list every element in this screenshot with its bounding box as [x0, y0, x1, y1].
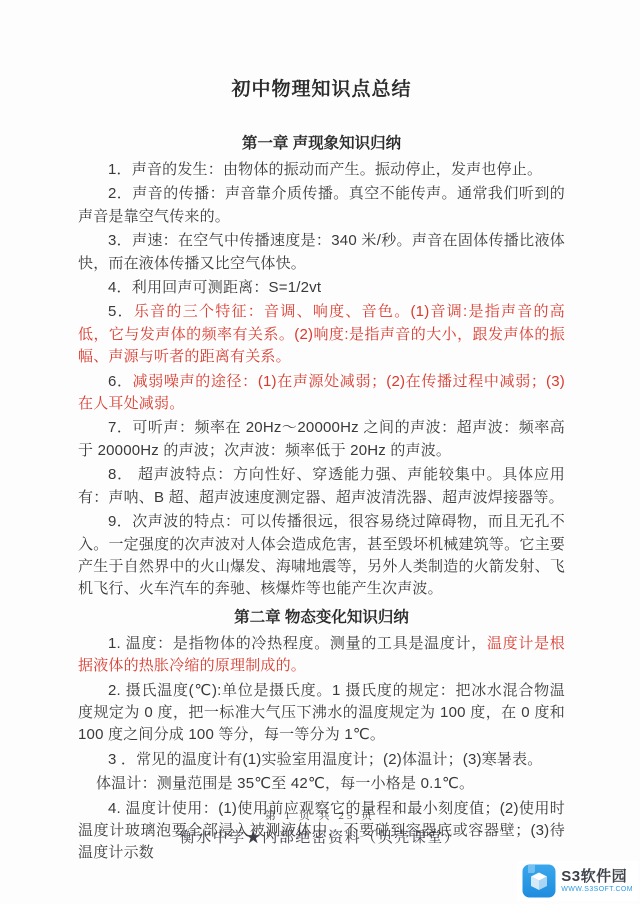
body-text: 3 ．常见的温度计有(1)实验室用温度计；(2)体温计；(3)寒暑表。 [108, 751, 543, 768]
body-text: 8． 超声波特点：方向性好、穿透能力强、声能较集中。具体应用有：声呐、B 超、超… [78, 466, 565, 505]
paragraph: 6．减弱噪声的途径：(1)在声源处减弱；(2)在传播过程中减弱；(3)在人耳处减… [78, 371, 565, 416]
paragraph: 5．乐音的三个特征：音调、响度、音色。(1)音调:是指声音的高低，它与发声体的频… [78, 301, 565, 368]
document-title: 初中物理知识点总结 [78, 74, 565, 101]
body-text: 9．次声波的特点：可以传播很远，很容易绕过障碍物，而且无孔不入。一定强度的次声波… [78, 513, 565, 597]
paragraph: 体温计：测量范围是 35℃至 42℃，每一小格是 0.1℃。 [78, 773, 565, 795]
highlighted-text: 减弱噪声的途径：(1)在声源处减弱；(2)在传播过程中减弱；(3)在人耳处减弱。 [78, 373, 565, 412]
body-text: 1．声音的发生：由物体的振动而产生。振动停止，发声也停止。 [108, 161, 542, 178]
paragraph: 7．可听声：频率在 20Hz～20000Hz 之间的声波：超声波：频率高于 20… [78, 417, 565, 462]
body-text: 4．利用回声可测距离：S=1/2vt [108, 279, 321, 296]
highlighted-text: 乐音的三个特征：音调、响度、音色。(1)音调:是指声音的高低，它与发声体的频率有… [78, 303, 565, 365]
body-text: 体温计：测量范围是 35℃至 42℃，每一小格是 0.1℃。 [96, 775, 474, 792]
watermark-brand: S3软件园 [561, 869, 633, 884]
paragraph: 8． 超声波特点：方向性好、穿透能力强、声能较集中。具体应用有：声呐、B 超、超… [78, 464, 565, 509]
watermark-url: WWW.S3SOFT.COM [561, 886, 633, 893]
paragraph: 3 ．常见的温度计有(1)实验室用温度计；(2)体温计；(3)寒暑表。 [78, 749, 565, 771]
chapter-heading: 第一章 声现象知识归纳 [78, 131, 565, 153]
paragraph: 1．声音的发生：由物体的振动而产生。振动停止，发声也停止。 [78, 159, 565, 181]
page-number: 第 1 页 共 25 页 [0, 807, 640, 823]
body-text: 6． [108, 373, 133, 390]
cube-logo-icon [522, 864, 556, 898]
document-page: 初中物理知识点总结 第一章 声现象知识归纳1．声音的发生：由物体的振动而产生。振… [0, 0, 640, 904]
paragraph: 2. 摄氏温度(℃):单位是摄氏度。1 摄氏度的规定：把冰水混合物温度规定为 0… [78, 680, 565, 747]
body-text: 3．声速：在空气中传播速度是：340 米/秒。声音在固体传播比液体快，而在液体传… [78, 232, 565, 271]
paragraph: 4．利用回声可测距离：S=1/2vt [78, 277, 565, 299]
watermark-logo: S3软件园 WWW.S3SOFT.COM [517, 861, 638, 901]
body-text: 2. 摄氏温度(℃):单位是摄氏度。1 摄氏度的规定：把冰水混合物温度规定为 0… [78, 682, 565, 744]
body-text: 1. 温度：是指物体的冷热程度。测量的工具是温度计， [108, 635, 487, 652]
chapter-heading: 第二章 物态变化知识归纳 [78, 605, 565, 627]
body-text: 5． [108, 303, 134, 320]
paragraph: 9．次声波的特点：可以传播很远，很容易绕过障碍物，而且无孔不入。一定强度的次声波… [78, 511, 565, 601]
body-text: 2．声音的传播：声音靠介质传播。真空不能传声。通常我们听到的声音是靠空气传来的。 [78, 185, 565, 224]
paragraph: 2．声音的传播：声音靠介质传播。真空不能传声。通常我们听到的声音是靠空气传来的。 [78, 183, 565, 228]
body-text: 7．可听声：频率在 20Hz～20000Hz 之间的声波：超声波：频率高于 20… [78, 419, 565, 458]
paragraph: 1. 温度：是指物体的冷热程度。测量的工具是温度计，温度计是根据液体的热胀冷缩的… [78, 633, 565, 678]
paragraph: 3．声速：在空气中传播速度是：340 米/秒。声音在固体传播比液体快，而在液体传… [78, 230, 565, 275]
watermark-text: S3软件园 WWW.S3SOFT.COM [561, 869, 633, 893]
footer-note: 衡水中学★内部绝密资料（贝壳课堂） [0, 826, 640, 847]
document-body: 第一章 声现象知识归纳1．声音的发生：由物体的振动而产生。振动停止，发声也停止。… [78, 131, 565, 865]
